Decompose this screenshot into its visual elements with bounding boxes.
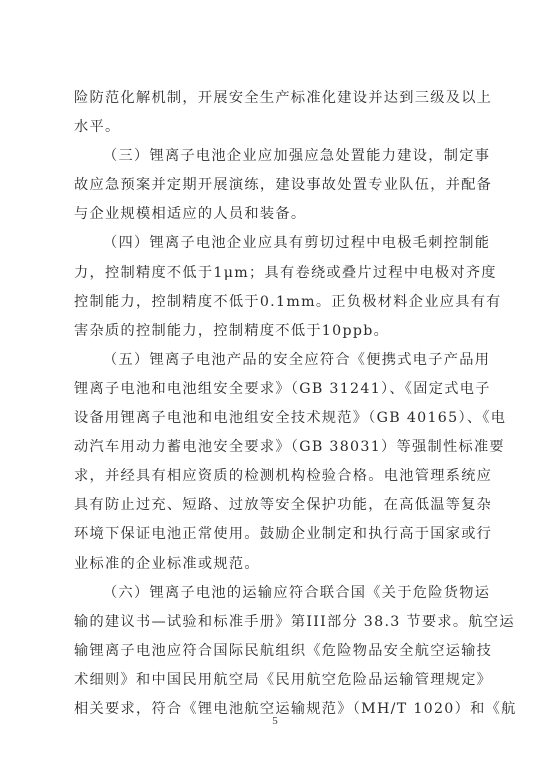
- text-line: 险防范化解机制，开展安全生产标准化建设并达到三级及以上: [74, 84, 486, 113]
- text-line: 具有防止过充、短路、过放等安全保护功能，在高低温等复杂: [74, 491, 486, 520]
- text-line: 控制能力，控制精度不低于0.1mm。正负极材料企业应具有有: [74, 288, 486, 317]
- section-6-heading-line: （六）锂离子电池的运输应符合联合国《关于危险货物运: [74, 579, 486, 608]
- text-line: 力，控制精度不低于1μm；具有卷绕或叠片过程中电极对齐度: [74, 259, 486, 288]
- text-line: 输的建议书—试验和标准手册》第III部分 38.3 节要求。航空运: [74, 608, 486, 637]
- text-line: 水平。: [74, 113, 486, 142]
- text-line: 设备用锂离子电池和电池组安全技术规范》（GB 40165）、《电: [74, 404, 486, 433]
- text-line: 环境下保证电池正常使用。鼓励企业制定和执行高于国家或行: [74, 520, 486, 549]
- text-line: 业标准的企业标准或规范。: [74, 550, 486, 579]
- section-5-heading-line: （五）锂离子电池产品的安全应符合《便携式电子产品用: [74, 346, 486, 375]
- section-4-heading-line: （四）锂离子电池企业应具有剪切过程中电极毛刺控制能: [74, 229, 486, 258]
- document-page: 险防范化解机制，开展安全生产标准化建设并达到三级及以上 水平。 （三）锂离子电池…: [0, 0, 550, 777]
- section-3-heading-line: （三）锂离子电池企业应加强应急处置能力建设，制定事: [74, 142, 486, 171]
- text-line: 求，并经具有相应资质的检测机构检验合格。电池管理系统应: [74, 462, 486, 491]
- text-line: 动汽车用动力蓄电池安全要求》（GB 38031）等强制性标准要: [74, 433, 486, 462]
- page-number: 5: [0, 715, 550, 727]
- text-line: 故应急预案并定期开展演练，建设事故处置专业队伍，并配备: [74, 171, 486, 200]
- text-line: 害杂质的控制能力，控制精度不低于10ppb。: [74, 317, 486, 346]
- text-line: 与企业规模相适应的人员和装备。: [74, 200, 486, 229]
- text-line: 术细则》和中国民用航空局《民用航空危险品运输管理规定》: [74, 666, 486, 695]
- text-line: 输锂离子电池应符合国际民航组织《危险物品安全航空运输技: [74, 637, 486, 666]
- text-line: 锂离子电池和电池组安全要求》（GB 31241）、《固定式电子: [74, 375, 486, 404]
- body-text: 险防范化解机制，开展安全生产标准化建设并达到三级及以上 水平。 （三）锂离子电池…: [74, 84, 486, 724]
